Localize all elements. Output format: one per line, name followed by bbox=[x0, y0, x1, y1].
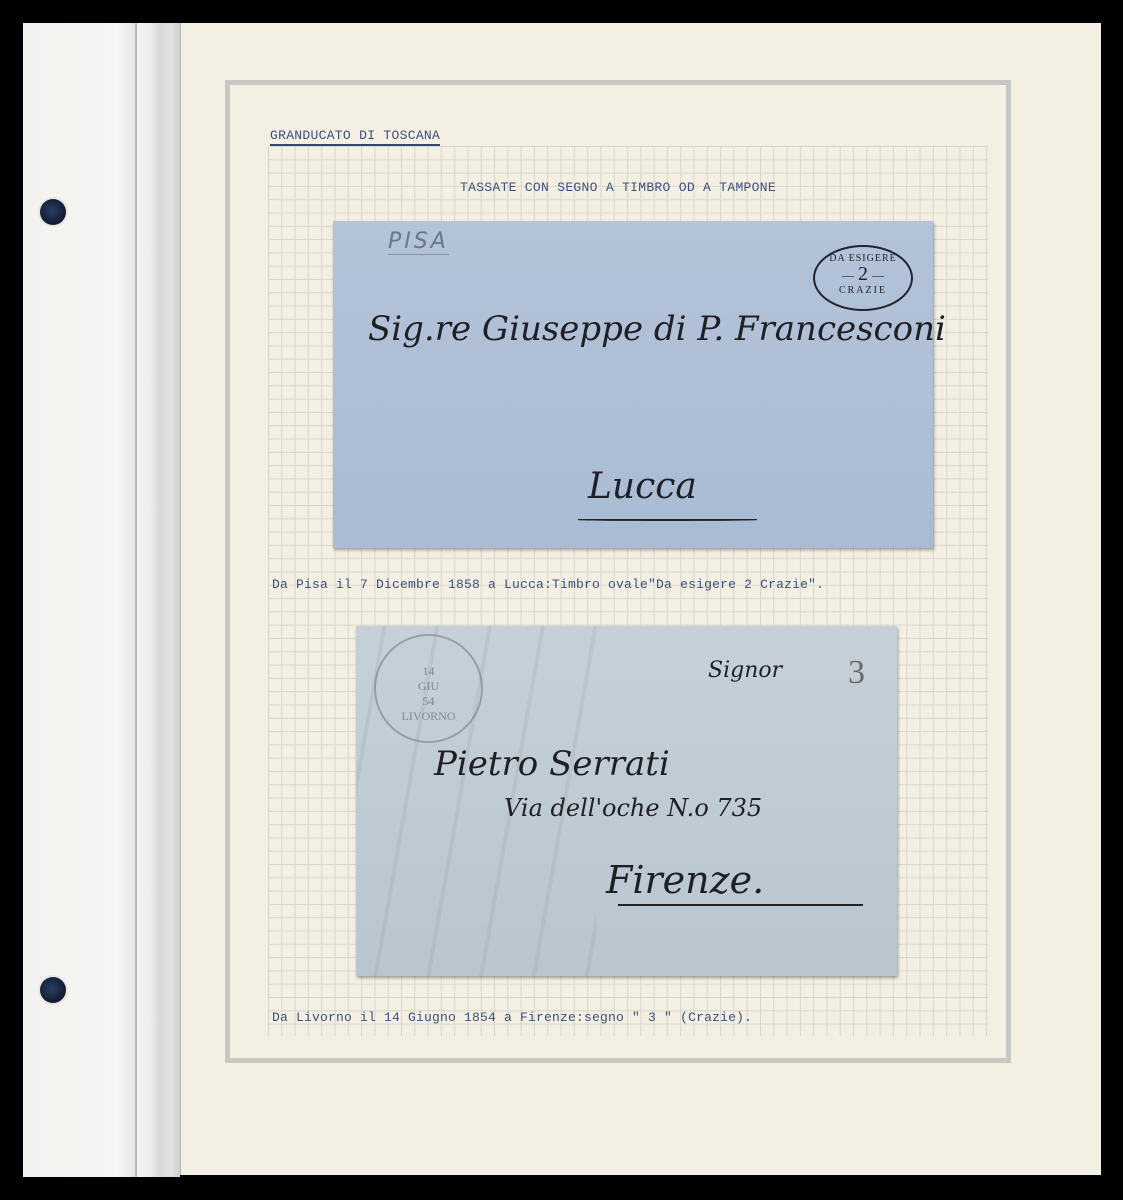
caption-cover-2: Da Livorno il 14 Giugno 1854 a Firenze:s… bbox=[272, 1010, 752, 1025]
salutation: Signor bbox=[708, 658, 782, 683]
address-line-2: Lucca bbox=[588, 466, 697, 507]
cover-livorno-firenze: 14 GIU 54 LIVORNO 3 Signor Pietro Serrat… bbox=[356, 626, 897, 976]
page-heading: GRANDUCATO DI TOSCANA bbox=[270, 128, 440, 146]
address-line-1: Pietro Serrati bbox=[434, 744, 670, 784]
postmark-year: 54 bbox=[376, 694, 481, 709]
punch-hole-bottom bbox=[40, 977, 66, 1003]
postmark-month: GIU bbox=[376, 679, 481, 694]
address-line-1: Sig.re Giuseppe di P. Francesconi bbox=[368, 309, 946, 349]
address-line-2: Via dell'oche N.o 735 bbox=[504, 794, 762, 822]
cover-pisa-lucca: PISA DA ESIGERE 2 CRAZIE Sig.re Giuseppe… bbox=[333, 221, 933, 548]
caption-cover-1: Da Pisa il 7 Dicembre 1858 a Lucca:Timbr… bbox=[272, 577, 824, 592]
oval-line3: CRAZIE bbox=[815, 285, 911, 296]
circular-postmark: 14 GIU 54 LIVORNO bbox=[374, 634, 483, 743]
oval-tax-cancel: DA ESIGERE 2 CRAZIE bbox=[813, 245, 913, 311]
tax-mark: 3 bbox=[848, 654, 865, 692]
page-subheading: TASSATE CON SEGNO A TIMBRO OD A TAMPONE bbox=[460, 180, 776, 195]
pencil-note: PISA bbox=[388, 229, 449, 255]
oval-line2: 2 bbox=[815, 264, 911, 285]
address-line-3: Firenze. bbox=[606, 858, 764, 902]
underline-flourish bbox=[618, 904, 863, 906]
binder-hinge bbox=[137, 23, 180, 1177]
postmark-day: 14 bbox=[376, 664, 481, 679]
postmark-town: LIVORNO bbox=[376, 709, 481, 724]
punch-hole-top bbox=[40, 199, 66, 225]
binder-strip bbox=[23, 23, 180, 1177]
